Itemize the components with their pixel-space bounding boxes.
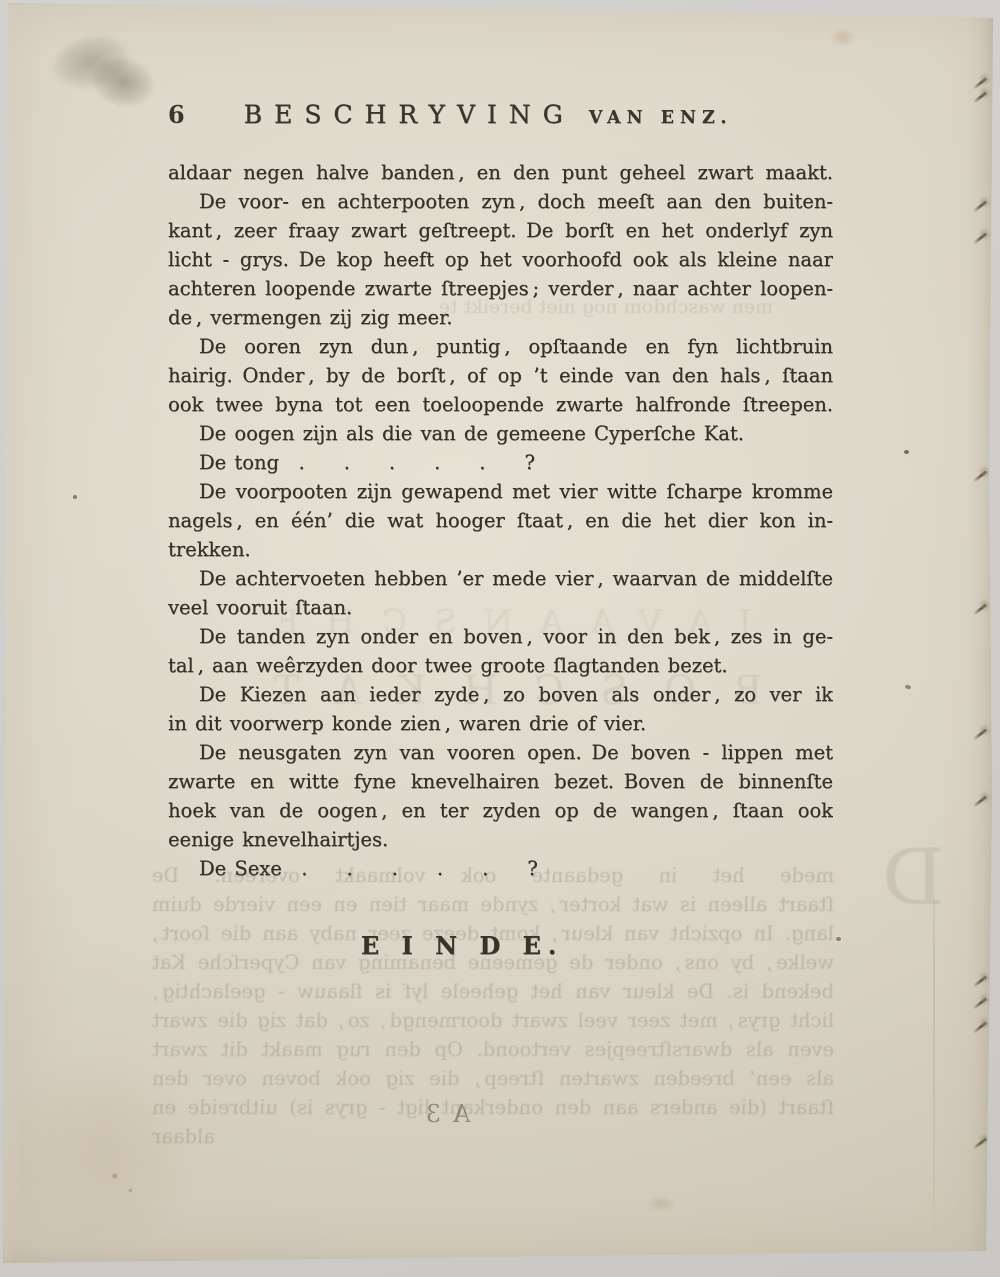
foxing-spot bbox=[73, 495, 77, 499]
binding-hole bbox=[973, 1137, 987, 1149]
text-line: achteren loopende zwarte ſtreepjes ; ver… bbox=[168, 274, 833, 303]
binding-hole bbox=[973, 1021, 987, 1033]
text-line: De neusgaten zyn van vooren open. De bov… bbox=[168, 738, 833, 767]
running-title: BESCHRYVING bbox=[244, 100, 575, 129]
page-sheet: men waschdom nog niet bereikt te JAVAANS… bbox=[0, 0, 1000, 1277]
ghost-bleedthrough-block: mede het in gedaante ook volmaakt overee… bbox=[152, 861, 834, 1151]
foxing-spot bbox=[646, 1196, 676, 1211]
ghost-drop-cap: D bbox=[882, 838, 945, 918]
stain bbox=[830, 28, 856, 46]
text-line: zwarte en witte fyne knevelhairen bezet.… bbox=[168, 767, 833, 796]
text-block: aldaar negen halve banden , en den punt … bbox=[168, 158, 833, 898]
binding-hole bbox=[973, 470, 987, 482]
ghost-text-line: aldaar bbox=[152, 1122, 834, 1151]
foxing-spot bbox=[904, 450, 909, 454]
text-line: tal , aan weêrzyden door twee groote ſla… bbox=[168, 651, 833, 680]
binding-hole bbox=[973, 91, 987, 103]
foxing-spot bbox=[128, 1188, 133, 1193]
finis-line: E I N D E. bbox=[132, 931, 792, 960]
binding-hole bbox=[973, 603, 987, 615]
ghost-text-line: licht grys , met zeer veel zwart doormen… bbox=[152, 1006, 834, 1035]
page-number: 6 bbox=[168, 100, 186, 129]
binding-hole bbox=[973, 997, 987, 1009]
foxing-spot bbox=[836, 937, 841, 941]
foxing-spot bbox=[904, 684, 911, 690]
text-line: De tanden zyn onder en boven , voor in d… bbox=[168, 622, 833, 651]
binding-hole bbox=[973, 232, 987, 244]
text-line: De oogen zijn als die van de gemeene Cyp… bbox=[168, 419, 833, 448]
binding-hole bbox=[973, 975, 987, 987]
text-line: De achtervoeten hebben ’er mede vier , w… bbox=[168, 564, 833, 593]
text-line: trekken. bbox=[168, 535, 833, 564]
text-line: De ooren zyn dun , puntig , opſtaande en… bbox=[168, 332, 833, 361]
text-line: hairig. Onder , by de borſt , of op ’t e… bbox=[168, 361, 833, 390]
text-line: hoek van de oogen , en ter zyden op de w… bbox=[168, 796, 833, 825]
binding-hole bbox=[973, 728, 987, 740]
running-title-suffix: VAN ENZ. bbox=[589, 108, 733, 128]
foxing-spot bbox=[111, 1173, 118, 1179]
photo-background: men waschdom nog niet bereikt te JAVAANS… bbox=[0, 0, 1000, 1277]
text-line: De Sexe . . . . . ? bbox=[168, 854, 833, 883]
text-line: De voor- en achterpooten zyn , doch meeſ… bbox=[168, 187, 833, 216]
ghost-text-line: bekend is. De kleur van het geheele lyf … bbox=[152, 977, 834, 1006]
stain bbox=[47, 28, 134, 95]
ghost-text-line: als een’ breeden zwarten ſtreep , die zi… bbox=[152, 1064, 834, 1093]
ghost-signature-mark: A 3 bbox=[408, 1100, 488, 1128]
text-line: kant , zeer fraay zwart geſtreept. De bo… bbox=[168, 216, 833, 245]
text-line: de , vermengen zij zig meer. bbox=[168, 303, 833, 332]
page-header: 6 BESCHRYVING VAN ENZ. bbox=[168, 100, 833, 129]
text-line: De voorpooten zijn gewapend met vier wit… bbox=[168, 477, 833, 506]
text-line: licht - grys. De kop heeft op het voorho… bbox=[168, 245, 833, 274]
binding-hole bbox=[973, 795, 987, 807]
ghost-text-line: ſtaart (die anders aan den onderkant lig… bbox=[152, 1093, 834, 1122]
binding-hole bbox=[973, 200, 987, 212]
text-line: aldaar negen halve banden , en den punt … bbox=[168, 158, 833, 187]
ghost-text-line: even als dwarsſtreepjes vertoond. Op den… bbox=[152, 1035, 834, 1064]
text-line: eenige knevelhairtjes. bbox=[168, 825, 833, 854]
text-line: ook twee byna tot een toeloopende zwarte… bbox=[168, 390, 833, 419]
stain bbox=[87, 51, 159, 113]
text-line: nagels , en één’ die wat hooger ſtaat , … bbox=[168, 506, 833, 535]
text-line: veel vooruit ſtaan. bbox=[168, 593, 833, 622]
text-line: De tong . . . . . ? bbox=[168, 448, 833, 477]
text-line: in dit voorwerp konde zien , waren drie … bbox=[168, 709, 833, 738]
text-line: De Kiezen aan ieder zyde , zo boven als … bbox=[168, 680, 833, 709]
